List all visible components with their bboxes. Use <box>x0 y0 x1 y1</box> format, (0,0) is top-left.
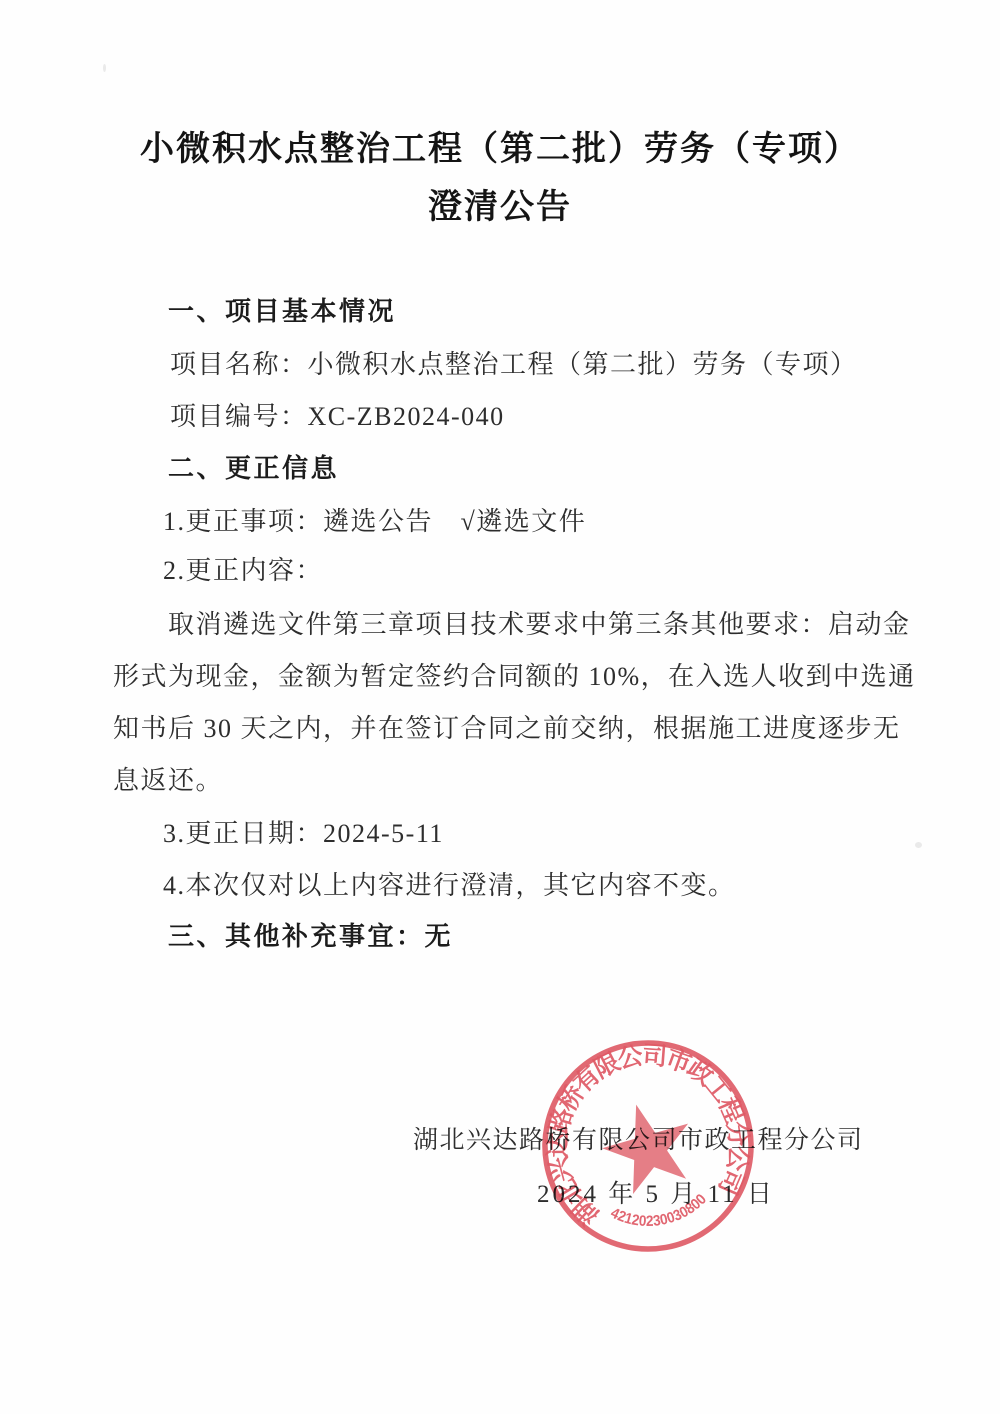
project-name-line: 项目名称：小微积水点整治工程（第二批）劳务（专项） <box>170 344 858 381</box>
section3-heading: 三、其他补充事宜：无 <box>168 916 453 953</box>
correction-paragraph-line1: 取消遴选文件第三章项目技术要求中第三条其他要求：启动金 <box>168 604 911 641</box>
correction-paragraph-line2: 形式为现金，金额为暂定签约合同额的 10%，在入选人收到中选通 <box>113 656 916 693</box>
company-seal: 湖北兴达路桥有限公司市政工程分公司 42120230030800 <box>516 1014 780 1278</box>
document-title: 小微积水点整治工程（第二批）劳务（专项） 澄清公告 <box>0 120 1000 236</box>
document-page: 小微积水点整治工程（第二批）劳务（专项） 澄清公告 一、项目基本情况 项目名称：… <box>0 0 1000 1414</box>
correction-paragraph-line3: 知书后 30 天之内，并在签订合同之前交纳，根据施工进度逐步无 <box>113 708 901 745</box>
correction-item-2: 2.更正内容： <box>163 550 323 587</box>
seal-number-text: 42120230030800 <box>606 1188 713 1237</box>
svg-text:42120230030800: 42120230030800 <box>606 1188 713 1237</box>
scan-artifact-top <box>103 64 106 72</box>
document-title-line1: 小微积水点整治工程（第二批）劳务（专项） <box>0 120 1000 178</box>
section1-heading: 一、项目基本情况 <box>168 291 396 328</box>
section2-heading: 二、更正信息 <box>168 448 339 485</box>
scan-artifact-right <box>915 842 922 848</box>
correction-paragraph-line4: 息返还。 <box>113 760 223 797</box>
document-title-line2: 澄清公告 <box>0 178 1000 236</box>
correction-item-3: 3.更正日期：2024-5-11 <box>163 813 444 850</box>
project-code-line: 项目编号：XC-ZB2024-040 <box>170 396 505 433</box>
seal-star-icon <box>593 1092 702 1198</box>
correction-item-4: 4.本次仅对以上内容进行澄清，其它内容不变。 <box>163 865 736 902</box>
correction-item-1: 1.更正事项：遴选公告 √遴选文件 <box>163 501 586 538</box>
